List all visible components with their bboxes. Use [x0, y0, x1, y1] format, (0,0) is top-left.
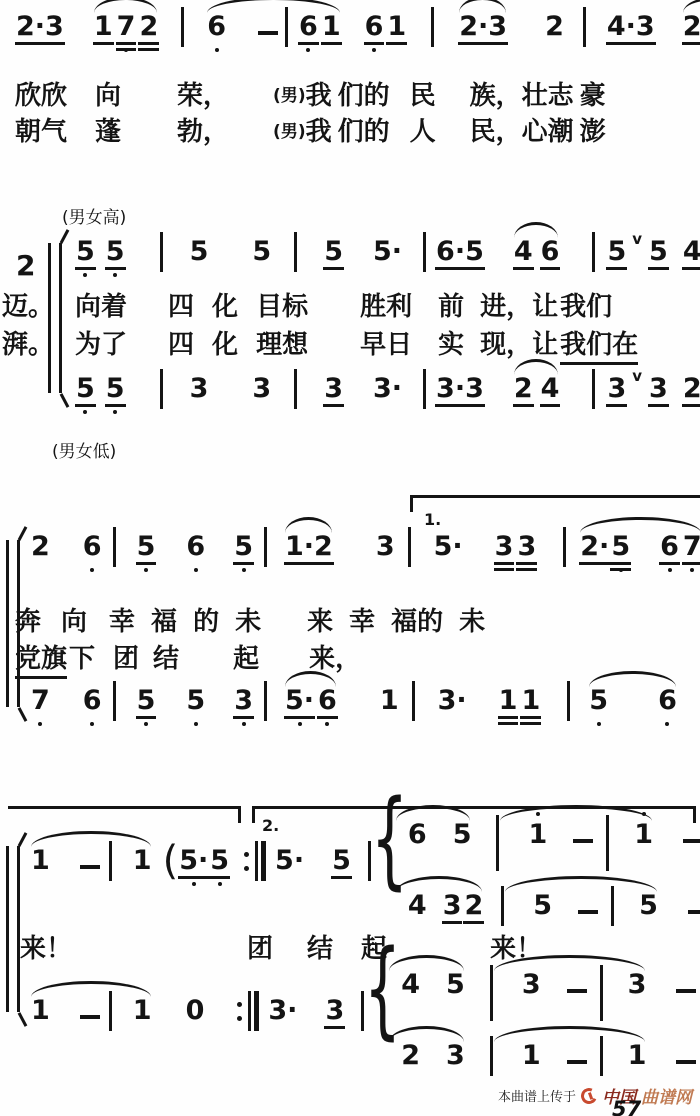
- barline: [294, 369, 297, 409]
- note: [675, 1041, 697, 1071]
- note: 6: [298, 12, 319, 45]
- notation-line-4-low: 1103·3{45332311: [20, 996, 700, 1084]
- note: 1: [132, 996, 153, 1026]
- note: 1: [132, 846, 153, 876]
- note: [79, 996, 101, 1026]
- sheet-music-page: { "glyphs": {"brace": "{", "paren": "(",…: [0, 0, 700, 1116]
- chord-stack: {45332311: [372, 970, 697, 1076]
- note: 3: [521, 970, 542, 1000]
- note: 5: [185, 686, 206, 716]
- lyric-syllable: 蓬: [95, 115, 121, 149]
- note: 3: [233, 686, 254, 719]
- lyric-syllable: 理想: [256, 328, 308, 365]
- note: [577, 891, 599, 921]
- note: 4: [540, 374, 561, 407]
- note: 3: [648, 374, 669, 407]
- lyric-syllable: (男): [273, 115, 306, 149]
- barline: [160, 232, 163, 272]
- note: 1: [520, 686, 541, 725]
- lyric-syllable: 进，让: [480, 290, 558, 324]
- lyric-syllable: 化: [212, 328, 238, 365]
- lyric-syllable: 起: [233, 642, 259, 679]
- note: 5: [588, 686, 609, 716]
- lyric-syllable: 民，: [470, 115, 522, 149]
- lyric-syllable: 目标: [256, 290, 308, 324]
- slur-group: 55: [504, 891, 659, 926]
- lyric-syllable: 壮志: [522, 79, 574, 113]
- note: 2·3: [15, 12, 65, 45]
- note: 3: [324, 996, 345, 1029]
- lyric-syllable: 幸: [109, 605, 135, 639]
- barline: [244, 841, 266, 881]
- voice-label-low: (男女低): [52, 437, 116, 462]
- site-logo-icon: [579, 1085, 600, 1106]
- note: 5·: [284, 686, 315, 719]
- note: 5: [251, 237, 272, 267]
- slur-group: 1·2: [284, 532, 334, 565]
- slur-group: 11: [499, 820, 654, 871]
- lyric-syllable: 幸: [349, 605, 375, 639]
- note: 1: [498, 686, 519, 725]
- lyric-syllable: 荣，: [177, 79, 229, 113]
- note: 1·2: [284, 532, 334, 565]
- note: 5: [105, 374, 126, 407]
- lyric-syllable: 四: [168, 290, 194, 324]
- barline: [563, 527, 566, 567]
- note: 5: [323, 237, 344, 270]
- note: 3·: [437, 686, 468, 716]
- lyric-syllable: 向: [95, 79, 121, 113]
- lyric-syllable: 来: [307, 605, 333, 639]
- note: 2: [682, 374, 700, 407]
- barline: [294, 232, 297, 272]
- slur-group: 172: [93, 12, 159, 51]
- note: [566, 1041, 588, 1071]
- meter-number: 2: [16, 249, 35, 282]
- lyrics-line-1b: 朝气蓬勃，(男)我们的人民，心潮澎: [15, 115, 606, 149]
- note: [687, 891, 700, 921]
- chord-stack: {651143255: [379, 820, 700, 926]
- lyric-syllable: 的: [193, 605, 219, 639]
- note: 2: [463, 891, 484, 924]
- site-name-suffix: 曲谱网: [641, 1083, 692, 1108]
- note: 2: [513, 374, 534, 407]
- slur-group: 11: [30, 996, 153, 1031]
- barline: [264, 681, 267, 721]
- note: 3: [606, 374, 627, 407]
- note: 5: [648, 237, 669, 270]
- lyric-syllable: 我: [306, 79, 332, 113]
- lyric-syllable: 四: [168, 328, 194, 365]
- lyrics-line-4: 来！团结起来！: [20, 932, 542, 966]
- note: 5: [75, 374, 96, 407]
- slur-group: 33: [493, 970, 648, 1021]
- notation-line-2-high: 555555·6·5465v543: [68, 237, 700, 272]
- lyric-syllable: 迈。: [2, 290, 54, 324]
- notation-line-2-low: 553333·3·3243v321: [68, 374, 700, 409]
- barline: [611, 886, 614, 926]
- slur-group: 23: [388, 1041, 466, 1071]
- note: 2·3: [458, 12, 508, 45]
- slur-group: 5·6: [284, 686, 338, 719]
- note: 1: [386, 12, 407, 45]
- barline: [113, 681, 116, 721]
- lyric-syllable: 我: [306, 115, 332, 149]
- lyric-syllable: 为了: [75, 328, 127, 365]
- lyric-syllable: (男): [273, 79, 306, 113]
- note: 3·: [267, 996, 298, 1026]
- lyric-syllable: 勃，: [177, 115, 229, 149]
- barline: [181, 7, 184, 47]
- lyric-syllable: 奔: [15, 605, 41, 639]
- lyric-syllable: 向: [61, 605, 87, 639]
- note: 5: [532, 891, 553, 921]
- lyric-syllable: 澎: [580, 115, 606, 149]
- lyric-syllable: 人: [410, 115, 436, 149]
- lyric-syllable: 化: [212, 290, 238, 324]
- slur-group: 2·3: [458, 12, 508, 45]
- barline: [109, 841, 112, 881]
- note: 1: [379, 686, 400, 716]
- note: [675, 970, 697, 1000]
- slur-group: 432: [395, 891, 484, 924]
- lyric-syllable: 我们在: [560, 328, 638, 365]
- note: 5: [445, 970, 466, 1000]
- note: 4·3: [606, 12, 656, 45]
- note: 5: [105, 237, 126, 270]
- barline: [109, 991, 112, 1031]
- barline: [600, 1036, 603, 1076]
- note: 4: [513, 237, 534, 270]
- lyric-syllable: 心潮: [522, 115, 574, 149]
- note: 5: [136, 686, 157, 719]
- lyric-syllable: 我们: [560, 290, 612, 324]
- note: 5: [610, 532, 631, 571]
- note: 6: [317, 686, 338, 719]
- lyric-syllable: 现，让: [480, 328, 558, 365]
- lyric-syllable: 来！: [20, 932, 72, 966]
- barline: [606, 815, 609, 871]
- note: 1: [633, 820, 654, 850]
- ending-1-bracket-continuation: [8, 806, 241, 823]
- lyric-syllable: 福: [151, 605, 177, 639]
- slur-group: 2·567: [579, 532, 700, 571]
- note: 6: [364, 12, 385, 45]
- note: 7: [116, 12, 137, 51]
- note: 6·5: [435, 237, 485, 270]
- lyric-syllable: 们的: [338, 79, 390, 113]
- lyric-syllable: 豪: [580, 79, 606, 113]
- note: 5·: [274, 846, 305, 876]
- lyric-syllable: 族，: [470, 79, 522, 113]
- note: 5: [606, 237, 627, 270]
- lyrics-line-2a: 迈。向着四化目标胜利前进，让我们: [2, 290, 612, 324]
- note: 7: [30, 686, 51, 716]
- breath-mark: v: [632, 224, 642, 254]
- lyric-syllable: 们的: [338, 115, 390, 149]
- slur-group: 45: [388, 970, 466, 1000]
- note: 6: [82, 532, 103, 562]
- note: 5: [638, 891, 659, 921]
- lyric-syllable: 欣欣: [15, 79, 67, 113]
- note: 5: [75, 237, 96, 270]
- note: 1: [93, 12, 114, 45]
- breath-mark: v: [632, 361, 642, 391]
- note: 6: [540, 237, 561, 270]
- lyric-syllable: 朝气: [15, 115, 67, 149]
- lyric-syllable: 未: [459, 605, 485, 639]
- note: 3: [494, 532, 515, 571]
- barline: [423, 369, 426, 409]
- note: 3: [442, 891, 463, 924]
- note: 1: [30, 996, 51, 1026]
- barline: [285, 7, 288, 47]
- slur-group: 661: [206, 12, 341, 47]
- note: 0: [185, 996, 206, 1026]
- slur-group: 65: [395, 820, 473, 850]
- note: 5: [233, 532, 254, 565]
- lyric-syllable: 前: [438, 290, 464, 324]
- lyric-syllable: 民: [410, 79, 436, 113]
- note: 3·3: [435, 374, 485, 407]
- barline: [423, 232, 426, 272]
- footer-credit: 本曲谱上传于 中国 曲谱网: [498, 1083, 692, 1108]
- note: 7: [682, 532, 700, 565]
- note: 6: [659, 532, 680, 565]
- barline: [592, 232, 595, 272]
- lyric-syllable: 早日: [360, 328, 412, 365]
- lyric-syllable: 结: [307, 932, 333, 966]
- barline: [583, 7, 586, 47]
- slur-group: 24: [513, 374, 561, 407]
- system-barline-4: [6, 846, 20, 1012]
- lyric-syllable: 胜利: [360, 290, 412, 324]
- note: 5: [189, 237, 210, 267]
- note: 2: [682, 12, 700, 45]
- slur-group: 213: [682, 12, 700, 51]
- note: 1: [521, 1041, 542, 1071]
- lyric-syllable: 实: [438, 328, 464, 365]
- note: 2: [544, 12, 565, 42]
- note: 4: [400, 970, 421, 1000]
- lyric-syllable: 向着: [75, 290, 127, 324]
- note: 3: [375, 532, 396, 562]
- note: 5: [136, 532, 157, 565]
- note: 6: [185, 532, 206, 562]
- lyric-syllable: 未: [235, 605, 261, 639]
- note: [566, 970, 588, 1000]
- note: 3: [627, 970, 648, 1000]
- note: 3: [251, 374, 272, 404]
- slur-group: 11: [493, 1041, 648, 1076]
- slur-group: 56: [588, 686, 678, 716]
- note: 3: [189, 374, 210, 404]
- note: 6: [206, 12, 227, 42]
- note: 6: [657, 686, 678, 716]
- notation-line-3-low: 765535·613·1156: [25, 686, 700, 725]
- note: 5: [209, 846, 230, 879]
- lyric-syllable: 党旗: [15, 642, 67, 679]
- note: 3: [323, 374, 344, 407]
- note: 3·: [372, 374, 403, 404]
- note: 2·: [579, 532, 610, 565]
- note: 1: [527, 820, 548, 850]
- note: 6: [82, 686, 103, 716]
- note: 4: [682, 237, 700, 270]
- ending-1-bracket: [410, 495, 700, 512]
- note: 1: [627, 1041, 648, 1071]
- barline: [160, 369, 163, 409]
- ending-2-label: 2.: [262, 816, 279, 835]
- note: 1: [321, 12, 342, 45]
- ending-1-label: 1.: [424, 510, 441, 529]
- barline: [431, 7, 434, 47]
- note: 2: [30, 532, 51, 562]
- note: [682, 820, 700, 850]
- note: 5·: [433, 532, 464, 562]
- lyric-syllable: 下: [69, 642, 95, 679]
- note: 2: [400, 1041, 421, 1071]
- lyric-syllable: 湃。: [2, 328, 54, 365]
- barline: [567, 681, 570, 721]
- lyric-syllable: 结: [153, 642, 179, 679]
- note: [79, 846, 101, 876]
- barline: [237, 991, 259, 1031]
- lyrics-line-3a: 奔向幸福的未来幸福的未: [15, 605, 485, 639]
- lyric-syllable: 福的: [391, 605, 443, 639]
- paren-glyph: (: [163, 843, 179, 879]
- upload-credit-text: 本曲谱上传于: [498, 1086, 576, 1105]
- note: 6: [407, 820, 428, 850]
- barline: [592, 369, 595, 409]
- lyric-syllable: 团: [113, 642, 139, 679]
- barline: [408, 527, 411, 567]
- note: 5·: [178, 846, 209, 879]
- barline: [412, 681, 415, 721]
- note: 2: [138, 12, 159, 51]
- page-number: 57: [612, 1097, 641, 1116]
- lyric-syllable: 团: [247, 932, 273, 966]
- barline: [600, 965, 603, 1021]
- slur-group: 46: [513, 237, 561, 270]
- note: 3: [516, 532, 537, 571]
- notation-line-4-high: 11(5·55·5{651143255: [20, 846, 700, 934]
- slur-group: 11: [30, 846, 153, 881]
- note: 5: [331, 846, 352, 879]
- note: 5: [452, 820, 473, 850]
- note: 3: [445, 1041, 466, 1071]
- notation-line-3-high: 265651·235·332·567: [25, 532, 700, 571]
- voice-label-high: (男女高): [62, 203, 126, 228]
- note: 1: [30, 846, 51, 876]
- notation-line-1: 2·3172661612·324·3213: [15, 12, 700, 51]
- note: [257, 12, 279, 42]
- barline: [113, 527, 116, 567]
- barline: [264, 527, 267, 567]
- note: 4: [407, 891, 428, 921]
- note: 5·: [372, 237, 403, 267]
- lyrics-line-1a: 欣欣向荣，(男)我们的民族，壮志豪: [15, 79, 606, 113]
- note: [572, 820, 594, 850]
